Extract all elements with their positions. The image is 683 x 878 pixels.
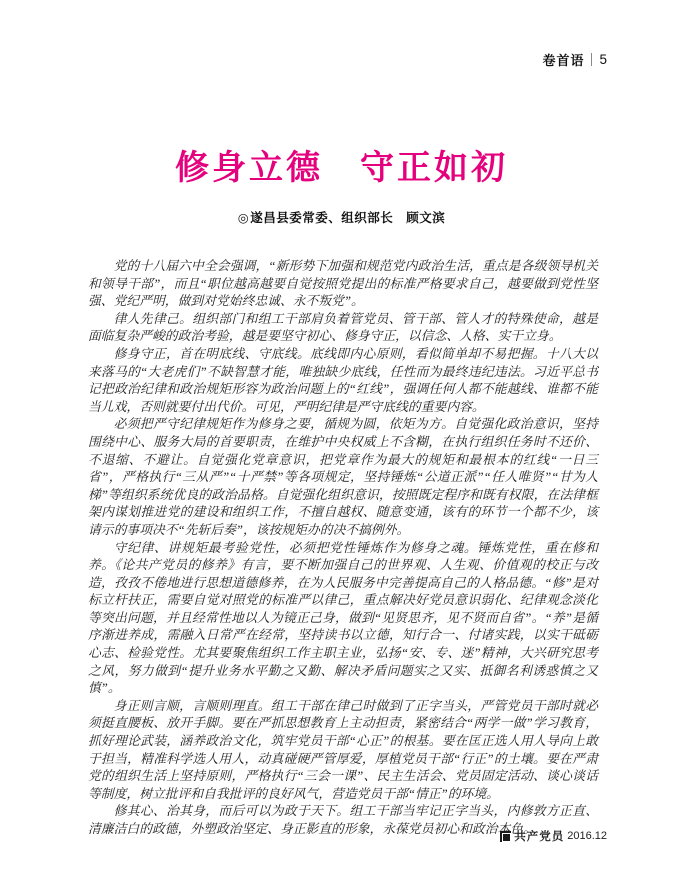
magazine-footer: 共产党员 2016.12 <box>500 828 607 844</box>
magazine-page: 卷首语 5 修身立德 守正如初 ◎遂昌县委常委、组织部长 顾文滨 党的十八届六中… <box>0 0 683 878</box>
header-divider <box>591 53 592 66</box>
magazine-name: 共产党员 <box>514 828 564 844</box>
byline: ◎遂昌县委常委、组织部长 顾文滨 <box>0 208 683 226</box>
byline-text: 遂昌县委常委、组织部长 顾文滨 <box>250 211 445 225</box>
author-marker-icon: ◎ <box>238 211 249 225</box>
paragraph: 律人先律己。组织部门和组工干部肩负着管党员、管干部、管人才的特殊使命，越是面临复… <box>88 311 598 346</box>
paragraph: 必须把严守纪律规矩作为修身之要，循规为圆，依矩为方。自觉强化政治意识，坚持围绕中… <box>88 416 598 539</box>
paragraph: 守纪律、讲规矩最考验党性，必须把党性锤炼作为修身之魂。锤炼党性，重在修和养。《论… <box>88 540 598 698</box>
issue-number: 2016.12 <box>567 830 607 842</box>
article-body: 党的十八届六中全会强调，“新形势下加强和规范党内政治生活，重点是各级领导机关和领… <box>88 258 598 839</box>
page-number: 5 <box>599 52 607 67</box>
article-title: 修身立德 守正如初 <box>0 140 683 189</box>
running-head: 卷首语 5 <box>542 50 607 69</box>
paragraph: 党的十八届六中全会强调，“新形势下加强和规范党内政治生活，重点是各级领导机关和领… <box>88 258 598 311</box>
paragraph: 身正则言顺，言顺则理直。组工干部在律己时做到了正字当头，严管党员干部时就必须挺直… <box>88 698 598 804</box>
magazine-logo-icon <box>500 831 511 842</box>
section-label: 卷首语 <box>542 50 584 69</box>
paragraph: 修身守正，首在明底线、守底线。底线即内心原则，看似简单却不易把握。十八大以来落马… <box>88 346 598 416</box>
